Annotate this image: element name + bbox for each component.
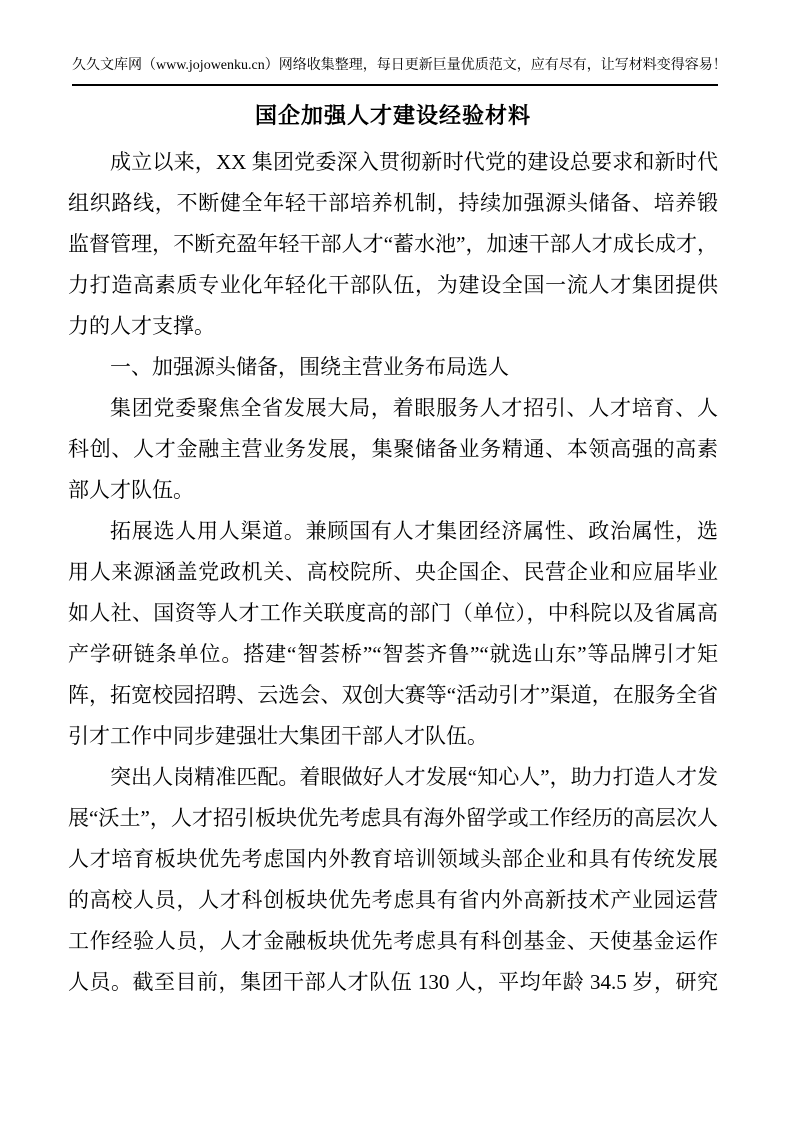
- text-line: 的高校人员，人才科创板块优先考虑具有省内外高新技术产业园运营相关: [68, 880, 718, 921]
- text-line: 部人才队伍。: [68, 470, 718, 511]
- text-line: 突出人岗精准匹配。着眼做好人才发展“知心人”，助力打造人才发: [68, 757, 718, 798]
- text-line: 组织路线，不断健全年轻干部培养机制，持续加强源头储备、培养锻炼和: [68, 183, 718, 224]
- section-heading: 一、加强源头储备，围绕主营业务布局选人: [68, 347, 718, 388]
- text-line: 用人来源涵盖党政机关、高校院所、央企国企、民营企业和应届毕业生，: [68, 552, 718, 593]
- text-line: 人才培育板块优先考虑国内外教育培训领域头部企业和具有传统发展优势: [68, 839, 718, 880]
- page-header: 久久文库网（www.jojowenku.cn）网络收集整理，每日更新巨量优质范文…: [72, 54, 718, 86]
- document-page: 久久文库网（www.jojowenku.cn）网络收集整理，每日更新巨量优质范文…: [0, 0, 793, 1122]
- text-line: 人员。截至目前，集团干部人才队伍 130 人，平均年龄 34.5 岁，研究生及: [68, 962, 718, 1003]
- header-site-notice: 久久文库网（www.jojowenku.cn）网络收集整理，每日更新巨量优质范文…: [72, 58, 727, 73]
- text-line: 成立以来，XX 集团党委深入贯彻新时代党的建设总要求和新时代党的: [68, 142, 718, 183]
- text-line: 产学研链条单位。搭建“智荟桥”“智荟齐鲁”“就选山东”等品牌引才矩: [68, 634, 718, 675]
- text-line: 科创、人才金融主营业务发展，集聚储备业务精通、本领高强的高素质干: [68, 429, 718, 470]
- document-body: 成立以来，XX 集团党委深入贯彻新时代党的建设总要求和新时代党的 组织路线，不断…: [68, 142, 718, 1003]
- text-line: 工作经验人员，人才金融板块优先考虑具有科创基金、天使基金运作经验: [68, 921, 718, 962]
- document-title: 国企加强人才建设经验材料: [68, 98, 718, 134]
- text-line: 力的人才支撑。: [68, 306, 718, 347]
- text-line: 引才工作中同步建强壮大集团干部人才队伍。: [68, 716, 718, 757]
- text-line: 阵，拓宽校园招聘、云选会、双创大赛等“活动引才”渠道，在服务全省: [68, 675, 718, 716]
- text-line: 如人社、国资等人才工作关联度高的部门（单位），中科院以及省属高校等: [68, 593, 718, 634]
- text-line: 集团党委聚焦全省发展大局，着眼服务人才招引、人才培育、人才: [68, 388, 718, 429]
- text-line: 展“沃土”，人才招引板块优先考虑具有海外留学或工作经历的高层次人才，: [68, 798, 718, 839]
- text-line: 拓展选人用人渠道。兼顾国有人才集团经济属性、政治属性，选人: [68, 511, 718, 552]
- text-line: 监督管理，不断充盈年轻干部人才“蓄水池”，加速干部人才成长成才，着: [68, 224, 718, 265]
- text-line: 力打造高素质专业化年轻化干部队伍，为建设全国一流人才集团提供强有: [68, 265, 718, 306]
